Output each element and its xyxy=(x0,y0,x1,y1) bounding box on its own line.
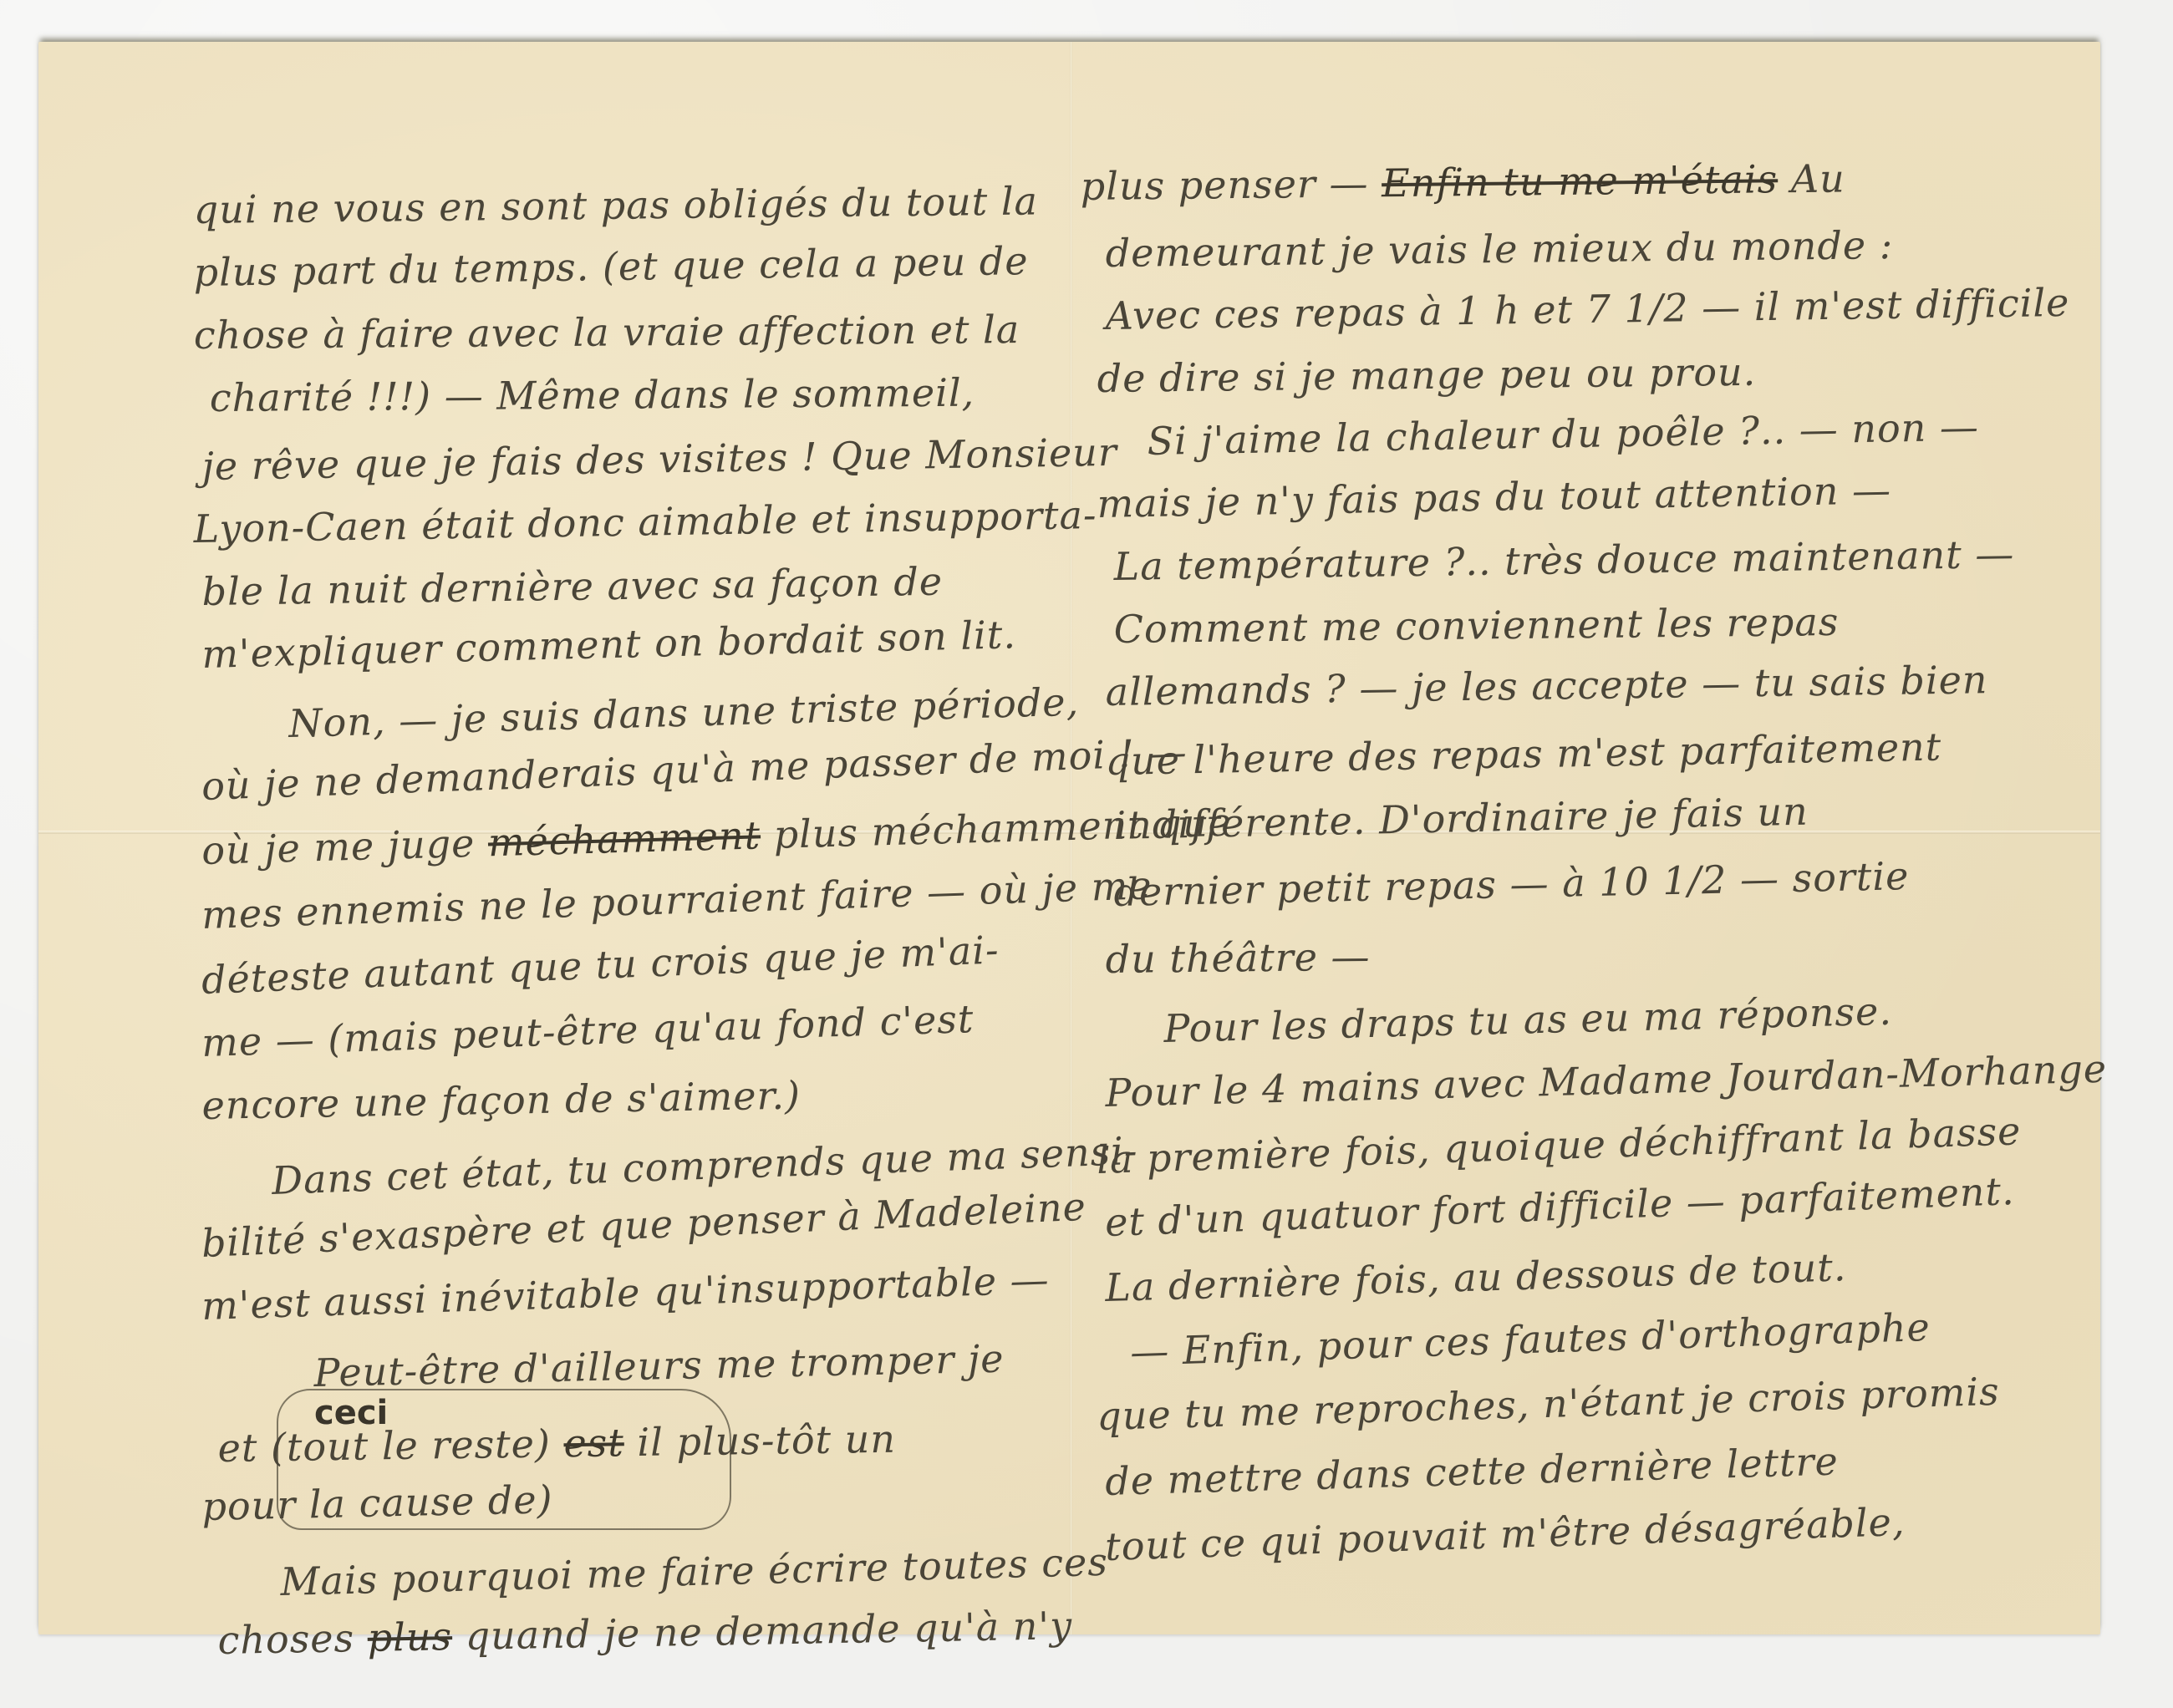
letter-sheet: qui ne vous en sont pas obligés du tout … xyxy=(38,42,2100,1634)
handwritten-line: La température ?.. très douce maintenant… xyxy=(1113,535,2014,586)
handwritten-line: de dire si je mange peu ou prou. xyxy=(1097,353,1757,398)
handwritten-line: je rêve que je fais des visites ! Que Mo… xyxy=(201,433,1117,485)
handwritten-line: m'expliquer comment on bordait son lit. xyxy=(201,615,1017,674)
handwritten-line: Si j'aime la chaleur du poêle ?.. — non … xyxy=(1147,408,1979,460)
handwritten-line: la première fois, quoique déchiffrant la… xyxy=(1097,1111,2022,1179)
handwritten-line: chose à faire avec la vraie affection et… xyxy=(194,310,1020,354)
handwritten-line: Pour le 4 mains avec Madame Jourdan-Morh… xyxy=(1105,1050,2108,1112)
struck-out-text: Enfin tu me m'étais xyxy=(1382,156,1779,206)
handwritten-line: mais je n'y fais pas du tout attention — xyxy=(1097,470,1891,523)
right-page: plus penser — Enfin tu me m'étais Au dem… xyxy=(1072,42,2100,1634)
handwritten-line: Lyon-Caen était donc aimable et insuppor… xyxy=(193,496,1097,548)
handwritten-line: Non, — je suis dans une triste période, xyxy=(288,683,1080,743)
struck-out-text: méchamment xyxy=(487,812,761,865)
struck-out-text: plus xyxy=(367,1614,452,1660)
struck-out-text: est xyxy=(563,1420,624,1466)
handwritten-line: allemands ? — je les accepte — tu sais b… xyxy=(1105,660,1987,711)
handwritten-line: indifférente. D'ordinaire je fais un xyxy=(1113,792,1809,845)
handwritten-line: Comment me conviennent les repas xyxy=(1114,602,1840,648)
handwritten-line: Avec ces repas à 1 h et 7 1/2 — il m'est… xyxy=(1105,283,2069,335)
handwritten-line: qui ne vous en sont pas obligés du tout … xyxy=(194,181,1039,229)
handwritten-line: encore une façon de s'aimer.) xyxy=(201,1076,801,1125)
handwritten-line: Mais pourquoi me faire écrire toutes ces xyxy=(280,1543,1108,1601)
handwritten-line: dernier petit repas — à 10 1/2 — sortie xyxy=(1113,857,1910,912)
handwritten-line: et (tout le reste) est il plus-tôt un xyxy=(217,1420,896,1467)
handwritten-line: — Enfin, pour ces fautes d'orthographe xyxy=(1130,1308,1931,1371)
handwritten-line: tout ce qui pouvait m'être désagréable, xyxy=(1105,1502,1906,1566)
handwritten-line: déteste autant que tu crois que je m'ai- xyxy=(201,930,1000,999)
handwritten-line: que l'heure des repas m'est parfaitement xyxy=(1105,728,1941,780)
left-page: qui ne vous en sont pas obligés du tout … xyxy=(38,42,1070,1634)
handwritten-line: plus penser — Enfin tu me m'étais Au xyxy=(1081,159,1845,206)
handwritten-line: La dernière fois, au dessous de tout. xyxy=(1105,1248,1847,1307)
handwritten-line: pour la cause de) xyxy=(201,1480,553,1526)
handwritten-line: que tu me reproches, n'étant je crois pr… xyxy=(1097,1372,2000,1436)
handwritten-line: ble la nuit dernière avec sa façon de xyxy=(201,562,943,611)
handwritten-line: et d'un quatuor fort difficile — parfait… xyxy=(1104,1172,2015,1242)
handwritten-line: demeurant je vais le mieux du monde : xyxy=(1106,226,1894,272)
handwritten-line: plus part du temps. (et que cela a peu d… xyxy=(193,241,1028,292)
handwritten-line: de mettre dans cette dernière lettre xyxy=(1105,1442,1840,1501)
handwritten-line: du théâtre — xyxy=(1106,938,1371,979)
handwritten-line: charité !!!) — Même dans le sommeil, xyxy=(210,374,975,417)
handwritten-line: Pour les draps tu as eu ma réponse. xyxy=(1163,992,1893,1048)
handwritten-line: m'est aussi inévitable qu'insupportable … xyxy=(201,1260,1051,1325)
handwritten-line: mes ennemis ne le pourraient faire — où … xyxy=(201,866,1153,934)
handwritten-line: me — (mais peut-être qu'au fond c'est xyxy=(201,999,975,1062)
handwritten-line: Peut-être d'ailleurs me tromper je xyxy=(313,1339,1005,1392)
